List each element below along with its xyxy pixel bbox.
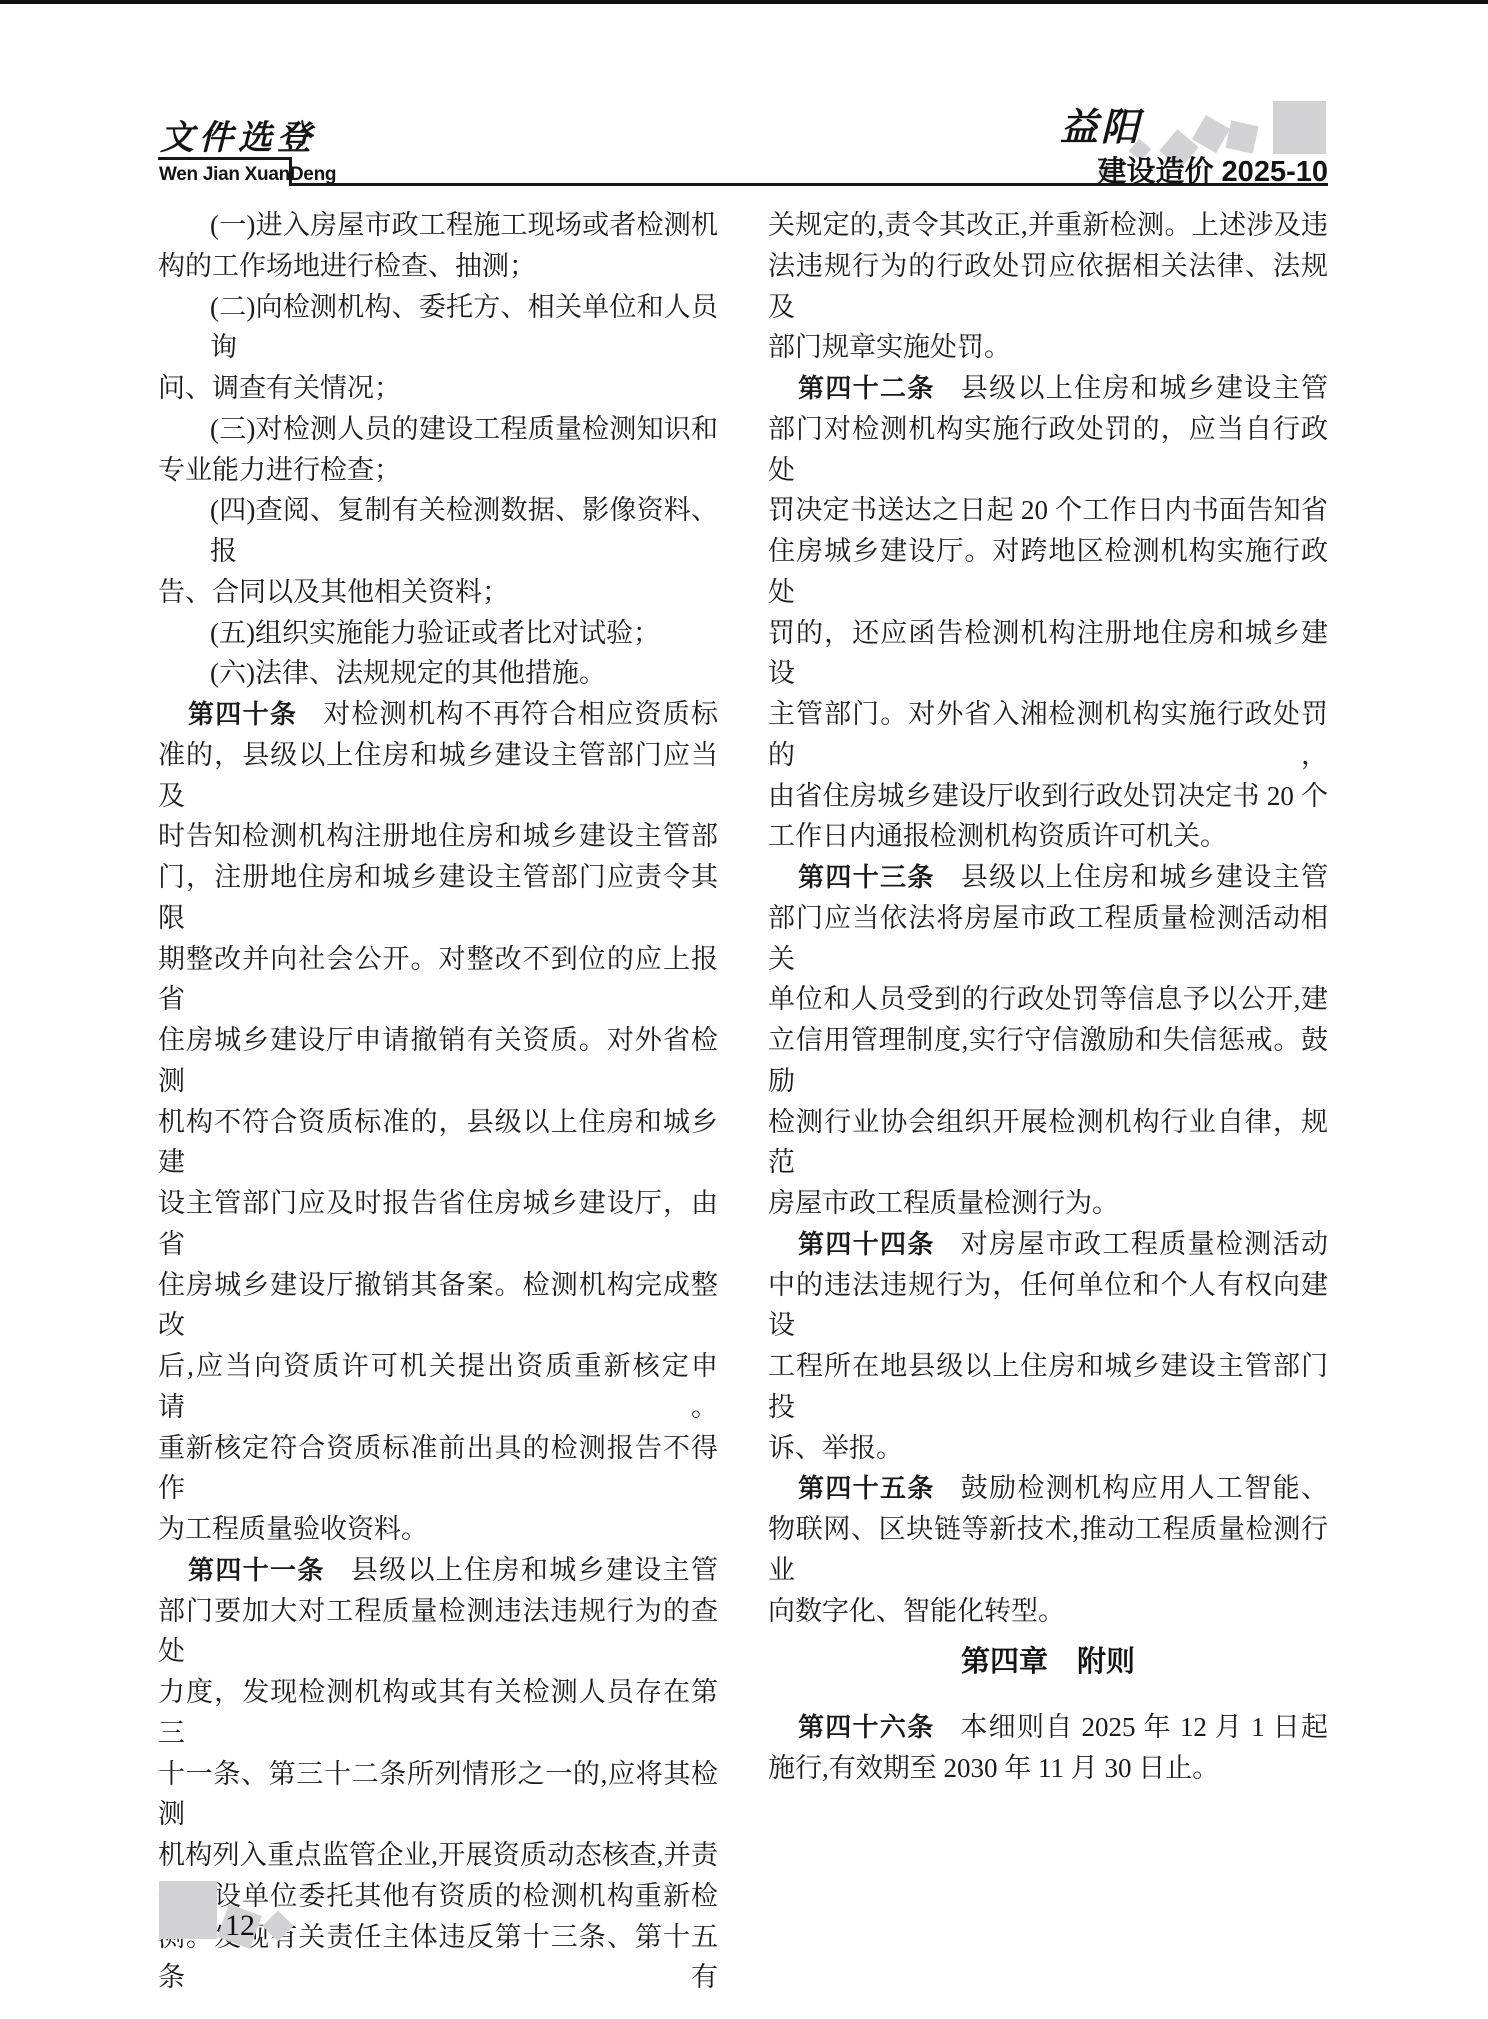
article-number-bold: 第四十条 <box>188 699 297 729</box>
text-line: (五)组织实施能力验证或者比对试验； <box>158 613 718 654</box>
journal-issue-label: 建设造价 2025-10 <box>1098 149 1329 190</box>
deco-square-icon <box>1273 101 1326 154</box>
article-number-bold: 第四十五条 <box>798 1473 935 1503</box>
text-line: 物联网、区块链等新技术,推动工程质量检测行业 <box>768 1509 1328 1591</box>
header-rule-left <box>158 157 292 160</box>
text-line: 单位和人员受到的行政处罚等信息予以公开,建 <box>768 979 1328 1020</box>
text-line: 住房城乡建设厅申请撤销有关资质。对外省检测 <box>158 1020 718 1102</box>
text-line: 施行,有效期至 2030 年 11 月 30 日止。 <box>768 1748 1328 1789</box>
text-line: 工程所在地县级以上住房和城乡建设主管部门投 <box>768 1346 1328 1428</box>
text-line: 机构不符合资质标准的，县级以上住房和城乡建 <box>158 1102 718 1184</box>
text-line: 罚决定书送达之日起 20 个工作日内书面告知省 <box>768 490 1328 531</box>
text-line: 房屋市政工程质量检测行为。 <box>768 1183 1328 1224</box>
text-line: (一)进入房屋市政工程施工现场或者检测机 <box>158 205 718 246</box>
text-line: 问、调查有关情况； <box>158 368 718 409</box>
article-number-bold: 第四十四条 <box>798 1229 935 1259</box>
text-line: 门，注册地住房和城乡建设主管部门应责令其限 <box>158 857 718 939</box>
text-line: (六)法律、法规规定的其他措施。 <box>158 653 718 694</box>
text-line: (三)对检测人员的建设工程质量检测知识和 <box>158 409 718 450</box>
text-line: (四)查阅、复制有关检测数据、影像资料、报 <box>158 490 718 572</box>
text-line: 力度，发现检测机构或其有关检测人员存在第三 <box>158 1672 718 1754</box>
article-text: 对房屋市政工程质量检测活动 <box>961 1229 1328 1259</box>
text-column-left: (一)进入房屋市政工程施工现场或者检测机构的工作场地进行检查、抽测；(二)向检测… <box>158 205 718 1998</box>
article-line: 第四十一条县级以上住房和城乡建设主管 <box>158 1550 718 1591</box>
text-line: 部门要加大对工程质量检测违法违规行为的查处 <box>158 1591 718 1673</box>
article-number-bold: 第四十一条 <box>188 1555 325 1585</box>
text-line: 为工程质量验收资料。 <box>158 1509 718 1550</box>
article-text: 鼓励检测机构应用人工智能、 <box>961 1473 1328 1503</box>
journal-brand-calligraphy: 益阳 <box>1060 96 1142 151</box>
text-line: 期整改并向社会公开。对整改不到位的应上报省 <box>158 939 718 1021</box>
text-line: 设主管部门应及时报告省住房城乡建设厅，由省 <box>158 1183 718 1265</box>
article-line: 第四十三条县级以上住房和城乡建设主管 <box>768 857 1328 898</box>
text-line: 罚的，还应函告检测机构注册地住房和城乡建设 <box>768 613 1328 695</box>
text-line: 关规定的,责令其改正,并重新检测。上述涉及违 <box>768 205 1328 246</box>
text-line: 告、合同以及其他相关资料； <box>158 572 718 613</box>
chapter-heading: 第四章 附则 <box>768 1642 1328 1683</box>
text-line: 部门应当依法将房屋市政工程质量检测活动相关 <box>768 898 1328 980</box>
article-line: 第四十二条县级以上住房和城乡建设主管 <box>768 368 1328 409</box>
article-text: 本细则自 2025 年 12 月 1 日起 <box>960 1712 1328 1742</box>
article-number-bold: 第四十二条 <box>798 373 935 403</box>
text-line: 十一条、第三十二条所列情形之一的,应将其检测 <box>158 1754 718 1836</box>
article-text: 县级以上住房和城乡建设主管 <box>961 373 1328 403</box>
article-line: 第四十条对检测机构不再符合相应资质标 <box>158 694 718 735</box>
text-line: 准的，县级以上住房和城乡建设主管部门应当及 <box>158 735 718 817</box>
text-line: 专业能力进行检查； <box>158 450 718 491</box>
text-line: 构的工作场地进行检查、抽测； <box>158 246 718 287</box>
article-line: 第四十四条对房屋市政工程质量检测活动 <box>768 1224 1328 1265</box>
text-line: 法违规行为的行政处罚应依据相关法律、法规及 <box>768 246 1328 328</box>
text-line: 工作日内通报检测机构资质许可机关。 <box>768 816 1328 857</box>
text-line: (二)向检测机构、委托方、相关单位和人员询 <box>158 287 718 369</box>
article-text: 县级以上住房和城乡建设主管 <box>961 862 1328 892</box>
article-number-bold: 第四十六条 <box>798 1712 934 1742</box>
text-line: 诉、举报。 <box>768 1428 1328 1469</box>
text-line: 后,应当向资质许可机关提出资质重新核定申请。 <box>158 1346 718 1428</box>
scan-edge-top <box>0 0 1488 4</box>
text-line: 机构列入重点监管企业,开展资质动态核查,并责 <box>158 1835 718 1876</box>
article-number-bold: 第四十三条 <box>798 862 935 892</box>
article-text: 对检测机构不再符合相应资质标 <box>323 699 718 729</box>
text-line: 主管部门。对外省入湘检测机构实施行政处罚的， <box>768 694 1328 776</box>
footer-deco-square-icon <box>159 1881 217 1939</box>
text-line: 部门规章实施处罚。 <box>768 327 1328 368</box>
article-line: 第四十五条鼓励检测机构应用人工智能、 <box>768 1468 1328 1509</box>
text-line: 立信用管理制度,实行守信激励和失信惩戒。鼓励 <box>768 1020 1328 1102</box>
article-text: 县级以上住房和城乡建设主管 <box>351 1555 718 1585</box>
text-line: 时告知检测机构注册地住房和城乡建设主管部 <box>158 816 718 857</box>
section-title-calligraphy: 文件选登 <box>160 110 316 159</box>
text-line: 向数字化、智能化转型。 <box>768 1591 1328 1632</box>
text-line: 检测行业协会组织开展检测机构行业自律，规范 <box>768 1102 1328 1184</box>
text-column-right: 关规定的,责令其改正,并重新检测。上述涉及违法违规行为的行政处罚应依据相关法律、… <box>768 205 1328 1789</box>
text-line: 重新核定符合资质标准前出具的检测报告不得作 <box>158 1428 718 1510</box>
text-line: 由省住房城乡建设厅收到行政处罚决定书 20 个 <box>768 776 1328 817</box>
text-line: 住房城乡建设厅。对跨地区检测机构实施行政处 <box>768 531 1328 613</box>
text-line: 中的违法违规行为，任何单位和个人有权向建设 <box>768 1265 1328 1347</box>
journal-page: 文件选登 Wen Jian XuanDeng 益阳 建设造价 2025-10 (… <box>0 0 1488 2019</box>
text-line: 住房城乡建设厅撤销其备案。检测机构完成整改 <box>158 1265 718 1347</box>
page-number: 12 <box>218 1903 262 1949</box>
text-line: 部门对检测机构实施行政处罚的，应当自行政处 <box>768 409 1328 491</box>
article-line: 第四十六条本细则自 2025 年 12 月 1 日起 <box>768 1707 1328 1748</box>
